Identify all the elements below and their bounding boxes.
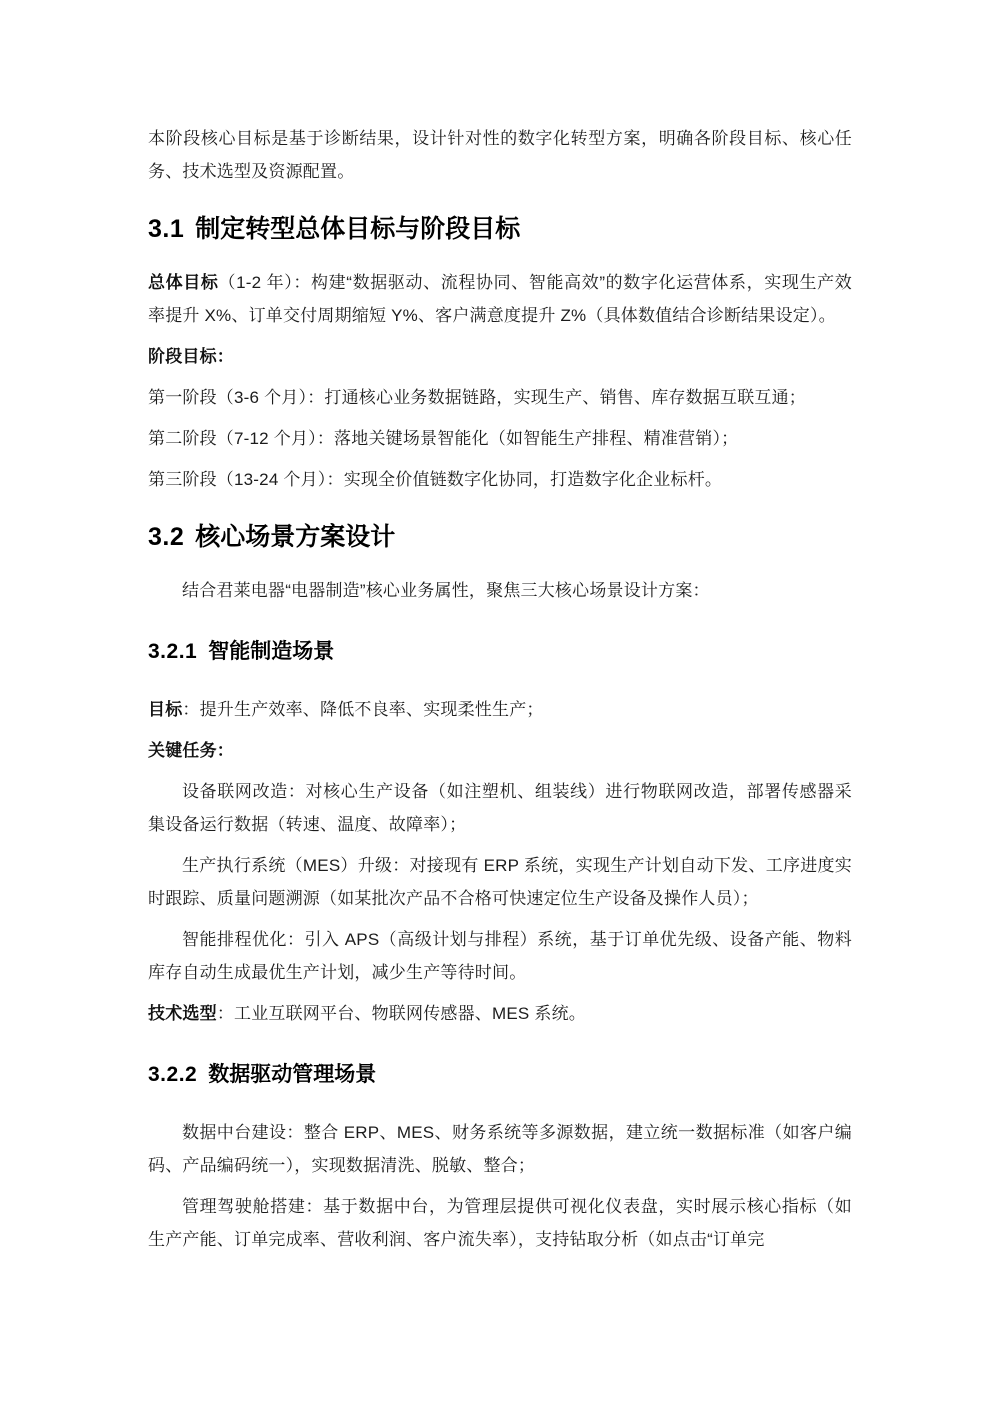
heading-3-2-1-title: 智能制造场景	[208, 640, 334, 663]
heading-3-2-number: 3.2	[148, 523, 184, 551]
paragraph-stage-3: 第三阶段（13-24 个月）：实现全价值链数字化协同，打造数字化企业标杆。	[148, 463, 852, 496]
heading-3-2-2-number: 3.2.2	[148, 1063, 197, 1086]
overall-goal-text: （1-2 年）：构建“数据驱动、流程协同、智能高效”的数字化运营体系，实现生产效…	[148, 273, 852, 325]
paragraph-3-2-intro: 结合君莱电器“电器制造”核心业务属性，聚焦三大核心场景设计方案：	[148, 574, 852, 607]
heading-3-1-number: 3.1	[148, 215, 184, 243]
paragraph-task-aps-scheduling: 智能排程优化：引入 APS（高级计划与排程）系统，基于订单优先级、设备产能、物料…	[148, 923, 852, 989]
paragraph-task-device-iot: 设备联网改造：对核心生产设备（如注塑机、组装线）进行物联网改造，部署传感器采集设…	[148, 775, 852, 841]
heading-3-2-1-number: 3.2.1	[148, 640, 197, 663]
heading-3-2-title: 核心场景方案设计	[195, 523, 395, 551]
heading-3-2: 3.2核心场景方案设计	[148, 520, 852, 554]
paragraph-task-mes-upgrade: 生产执行系统（MES）升级：对接现有 ERP 系统，实现生产计划自动下发、工序进…	[148, 849, 852, 915]
heading-3-1-title: 制定转型总体目标与阶段目标	[195, 215, 520, 243]
paragraph-tech-selection: 技术选型：工业互联网平台、物联网传感器、MES 系统。	[148, 997, 852, 1030]
document-page: 本阶段核心目标是基于诊断结果，设计针对性的数字化转型方案，明确各阶段目标、核心任…	[0, 0, 1000, 1414]
paragraph-stage-2: 第二阶段（7-12 个月）：落地关键场景智能化（如智能生产排程、精准营销）；	[148, 422, 852, 455]
paragraph-overall-goal: 总体目标（1-2 年）：构建“数据驱动、流程协同、智能高效”的数字化运营体系，实…	[148, 266, 852, 332]
paragraph-key-tasks-label: 关键任务：	[148, 734, 852, 767]
goal-label: 目标	[148, 700, 182, 719]
heading-3-1: 3.1制定转型总体目标与阶段目标	[148, 212, 852, 246]
heading-3-2-1: 3.2.1智能制造场景	[148, 635, 852, 669]
heading-3-2-2-title: 数据驱动管理场景	[208, 1063, 376, 1086]
goal-text: ：提升生产效率、降低不良率、实现柔性生产；	[182, 700, 543, 719]
tech-selection-label: 技术选型	[148, 1004, 217, 1023]
paragraph-goal: 目标：提升生产效率、降低不良率、实现柔性生产；	[148, 693, 852, 726]
paragraph-stage-goal-label: 阶段目标：	[148, 340, 852, 373]
tech-selection-text: ：工业互联网平台、物联网传感器、MES 系统。	[217, 1004, 586, 1023]
paragraph-stage-1: 第一阶段（3-6 个月）：打通核心业务数据链路，实现生产、销售、库存数据互联互通…	[148, 381, 852, 414]
paragraph-management-cockpit: 管理驾驶舱搭建：基于数据中台，为管理层提供可视化仪表盘，实时展示核心指标（如生产…	[148, 1190, 852, 1256]
heading-3-2-2: 3.2.2数据驱动管理场景	[148, 1058, 852, 1092]
overall-goal-label: 总体目标	[148, 273, 219, 292]
paragraph-data-platform: 数据中台建设：整合 ERP、MES、财务系统等多源数据，建立统一数据标准（如客户…	[148, 1116, 852, 1182]
paragraph-intro: 本阶段核心目标是基于诊断结果，设计针对性的数字化转型方案，明确各阶段目标、核心任…	[148, 122, 852, 188]
